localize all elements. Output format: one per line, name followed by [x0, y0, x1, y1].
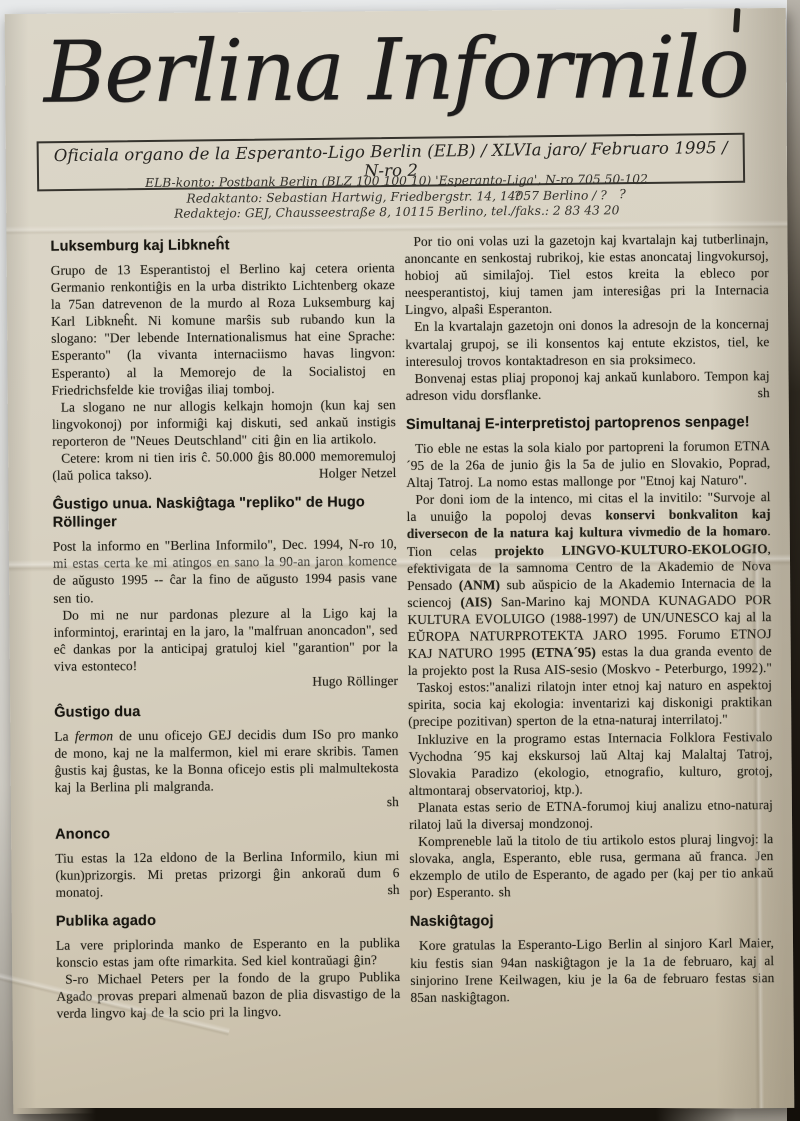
signature: Hugo Röllinger [312, 673, 398, 689]
paragraph: Por doni iom de la intenco, mi citas el … [406, 488, 771, 679]
section-heading: Publika agado [56, 910, 400, 931]
section-heading: Anonco [55, 823, 399, 844]
text-run: (AIS) [460, 594, 492, 609]
text-run: (ANM) [459, 577, 500, 592]
paragraph: Taskoj estos:"analizi rilatojn inter etn… [408, 676, 772, 730]
signature: sh [373, 881, 399, 898]
text-run: Post la informo en "Berlina Informilo", … [53, 536, 397, 605]
photo-background-bottom-edge [0, 1108, 800, 1121]
text-run: Kore gratulas la Esperanto-Ligo Berlin a… [410, 936, 774, 1005]
paragraph: En la kvartalajn gazetojn oni donos la a… [405, 316, 769, 370]
section-heading: Ĝustigo unua. Naskiĝtaga "repliko" de Hu… [52, 493, 396, 532]
signature: Holger Netzel [296, 464, 396, 482]
paragraph: La vere priplorinda manko de Esperanto e… [56, 934, 400, 971]
paragraph: Cetere: krom ni tien iris ĉ. 50.000 ĝis … [52, 447, 396, 484]
paragraph: Do mi ne nur pardonas plezure al la Ligo… [53, 604, 398, 675]
signature: sh [735, 384, 770, 401]
text-run: Tio eble ne estas la sola kialo por part… [406, 438, 770, 490]
question-mark: ? [619, 186, 626, 202]
section-heading: Luksemburg kaj Libkneĥt [50, 235, 394, 256]
paragraph: Grupo de 13 Esperantistoj el Berlino kaj… [51, 259, 396, 398]
paragraph: S-ro Michael Peters per la fondo de la g… [56, 968, 400, 1022]
question-mark: ? [514, 188, 521, 204]
signature: sh [387, 794, 399, 809]
text-run: S-ro Michael Peters per la fondo de la g… [56, 969, 400, 1021]
text-run: Kompreneble laŭ la titolo de tiu artikol… [409, 831, 773, 900]
section-heading: Ĝustigo dua [54, 701, 398, 722]
text-run: fermon [75, 728, 113, 743]
text-run: Tiu estas la 12a eldono de la Berlina In… [55, 848, 399, 900]
paragraph: La fermon de unu oficejo GEJ decidis dum… [54, 725, 399, 796]
text-run: Por tio oni volas uzi la gazetojn kaj kv… [405, 231, 769, 317]
article-section: Publika agadoLa vere priplorinda manko d… [56, 910, 401, 1022]
right-column: Por tio oni volas uzi la gazetojn kaj kv… [404, 230, 774, 1018]
article-section: Ĝustigo unua. Naskiĝtaga "repliko" de Hu… [52, 493, 398, 692]
paragraph: Hugo Röllinger [54, 672, 398, 692]
left-column: Luksemburg kaj LibkneĥtGrupo de 13 Esper… [50, 233, 400, 1034]
paragraph: Por tio oni volas uzi la gazetojn kaj kv… [404, 230, 769, 318]
paragraph: Kompreneble laŭ la titolo de tiu artikol… [409, 830, 774, 901]
paragraph: Planata estas serio de ETNA-forumoj kiuj… [409, 796, 773, 833]
paragraph: Tiu estas la 12a eldono de la Berlina In… [55, 847, 399, 901]
paragraph: Post la informo en "Berlina Informilo", … [53, 535, 398, 606]
text-run: Planata estas serio de ETNA-forumoj kiuj… [409, 797, 773, 832]
article-section: AnoncoTiu estas la 12a eldono de la Berl… [55, 823, 400, 901]
paragraph: Inkluzive en la programo estas Internaci… [408, 728, 773, 799]
text-run: La [54, 729, 75, 744]
paragraph: Bonvenaj estas pliaj proponoj kaj ankaŭ … [405, 367, 769, 404]
text-run: La slogano ne nur allogis kelkajn homojn… [52, 397, 396, 449]
newsletter-title: Berlina Informilo [5, 8, 787, 134]
text-run: Bonvenaj estas pliaj proponoj kaj ankaŭ … [406, 368, 770, 403]
paragraph: sh [55, 793, 399, 813]
text-run: Grupo de 13 Esperantistoj el Berlino kaj… [51, 260, 396, 397]
text-run: Taskoj estos:"analizi rilatojn inter etn… [408, 677, 772, 729]
section-heading: Naskiĝtagoj [410, 911, 774, 932]
section-heading: Simultanaj E-interpretistoj partoprenos … [406, 413, 770, 434]
article-section: Ĝustigo duaLa fermon de unu oficejo GEJ … [54, 701, 399, 813]
text-run: Inkluzive en la programo estas Internaci… [408, 729, 772, 798]
article-section: Por tio oni volas uzi la gazetojn kaj kv… [404, 230, 769, 404]
article-section: Luksemburg kaj LibkneĥtGrupo de 13 Esper… [50, 235, 396, 484]
article-section: NaskiĝtagojKore gratulas la Esperanto-Li… [410, 911, 775, 1006]
text-run: projekto LINGVO-KULTURO-EKOLOGIO [495, 541, 768, 558]
text-run: (ETNA´95) [531, 645, 596, 661]
text-run: En la kvartalajn gazetojn oni donos la a… [405, 317, 769, 369]
paragraph: La slogano ne nur allogis kelkajn homojn… [52, 396, 396, 450]
paragraph: Kore gratulas la Esperanto-Ligo Berlin a… [410, 935, 775, 1006]
paragraph: Tio eble ne estas la sola kialo por part… [406, 437, 770, 491]
text-run: Do mi ne nur pardonas plezure al la Ligo… [53, 605, 397, 674]
scanned-newsletter-photo: Berlina Informilo Oficiala organo de la … [0, 0, 800, 1121]
text-run: La vere priplorinda manko de Esperanto e… [56, 935, 400, 970]
article-section: Simultanaj E-interpretistoj partoprenos … [406, 413, 774, 901]
masthead-address-block: ELB-konto: Postbank Berlin (BLZ 100 100 … [6, 171, 787, 224]
paper-sheet: Berlina Informilo Oficiala organo de la … [5, 8, 795, 1114]
